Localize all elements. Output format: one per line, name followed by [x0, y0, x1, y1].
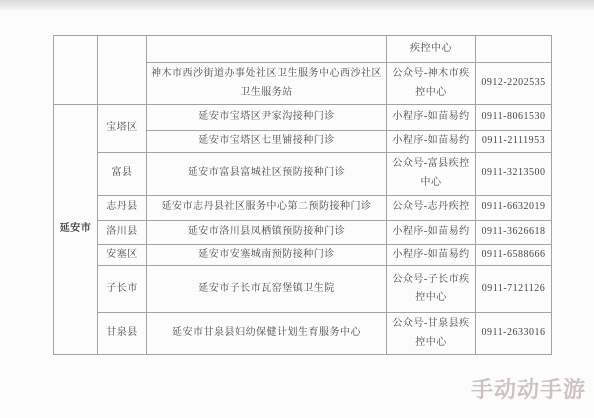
booking-method-cell: 小程序-如苗易约	[387, 244, 476, 266]
clinic-cell	[147, 36, 387, 63]
booking-method-cell: 公众号-子长市疾控中心	[387, 266, 476, 313]
watermark-text: 手动动手游	[471, 373, 586, 404]
phone-cell: 0911-6588666	[476, 244, 552, 266]
table-row-baota-1: 延安市 宝塔区 延安市宝塔区尹家沟接种门诊 小程序-如苗易约 0911-8061…	[54, 105, 552, 131]
phone-cell: 0911-7121126	[476, 266, 552, 313]
district-cell-fuxian: 富县	[98, 152, 147, 195]
district-cell-empty	[98, 36, 147, 105]
booking-method-cell: 公众号-志丹疾控	[387, 195, 476, 220]
phone-cell: 0911-3626618	[476, 220, 552, 244]
table-row-ganquan: 甘泉县 延安市甘泉县妇幼保健计划生育服务中心 公众号-甘泉县疾控中心 0911-…	[54, 313, 552, 355]
table-row-zichang: 子长市 延安市子长市瓦窑堡镇卫生院 公众号-子长市疾控中心 0911-71211…	[54, 266, 552, 313]
vaccination-clinic-table: 疾控中心 神木市西沙街道办事处社区卫生服务中心西沙社区卫生服务站 公众号-神木市…	[53, 35, 552, 355]
phone-cell: 0911-2633016	[476, 313, 552, 355]
scanned-document-page: 疾控中心 神木市西沙街道办事处社区卫生服务中心西沙社区卫生服务站 公众号-神木市…	[0, 0, 594, 418]
district-cell-luochuan: 洛川县	[98, 220, 147, 244]
table-row-fuxian: 富县 延安市富县富城社区预防接种门诊 公众号-富县疾控中心 0911-32135…	[54, 152, 552, 195]
clinic-cell: 延安市子长市瓦窑堡镇卫生院	[147, 266, 387, 313]
district-cell-zhidan: 志丹县	[98, 195, 147, 220]
clinic-cell: 延安市洛川县凤栖镇预防接种门诊	[147, 220, 387, 244]
district-cell-zichang: 子长市	[98, 266, 147, 313]
clinic-cell: 延安市宝塔区七里铺接种门诊	[147, 131, 387, 153]
booking-method-cell: 公众号-富县疾控中心	[387, 152, 476, 195]
table-row-continuation-1: 疾控中心	[54, 36, 552, 63]
phone-cell: 0911-3213500	[476, 152, 552, 195]
booking-method-cell: 小程序-如苗易约	[387, 131, 476, 153]
clinic-cell: 延安市安塞城南预防接种门诊	[147, 244, 387, 266]
table-row-zhidan: 志丹县 延安市志丹县社区服务中心第二预防接种门诊 公众号-志丹疾控 0911-6…	[54, 195, 552, 220]
clinic-cell: 延安市志丹县社区服务中心第二预防接种门诊	[147, 195, 387, 220]
clinic-cell: 延安市宝塔区尹家沟接种门诊	[147, 105, 387, 131]
booking-method-cell: 公众号-神木市疾控中心	[387, 63, 476, 105]
page-top-shadow	[0, 0, 594, 11]
city-cell-empty	[54, 36, 98, 105]
phone-cell: 0911-6632019	[476, 195, 552, 220]
table-row-ansai: 安塞区 延安市安塞城南预防接种门诊 小程序-如苗易约 0911-6588666	[54, 244, 552, 266]
clinic-cell: 神木市西沙街道办事处社区卫生服务中心西沙社区卫生服务站	[147, 63, 387, 105]
booking-method-cell: 小程序-如苗易约	[387, 105, 476, 131]
phone-cell: 0912-2202535	[476, 63, 552, 105]
booking-method-cell: 小程序-如苗易约	[387, 220, 476, 244]
phone-cell: 0911-8061530	[476, 105, 552, 131]
phone-cell: 0911-2111953	[476, 131, 552, 153]
booking-method-cell: 公众号-甘泉县疾控中心	[387, 313, 476, 355]
city-cell-yanan: 延安市	[54, 105, 98, 355]
clinic-cell: 延安市甘泉县妇幼保健计划生育服务中心	[147, 313, 387, 355]
booking-method-cell: 疾控中心	[387, 36, 476, 63]
district-cell-ganquan: 甘泉县	[98, 313, 147, 355]
table-row-luochuan: 洛川县 延安市洛川县凤栖镇预防接种门诊 小程序-如苗易约 0911-362661…	[54, 220, 552, 244]
clinic-cell: 延安市富县富城社区预防接种门诊	[147, 152, 387, 195]
district-cell-baota: 宝塔区	[98, 105, 147, 153]
phone-cell	[476, 36, 552, 63]
district-cell-ansai: 安塞区	[98, 244, 147, 266]
